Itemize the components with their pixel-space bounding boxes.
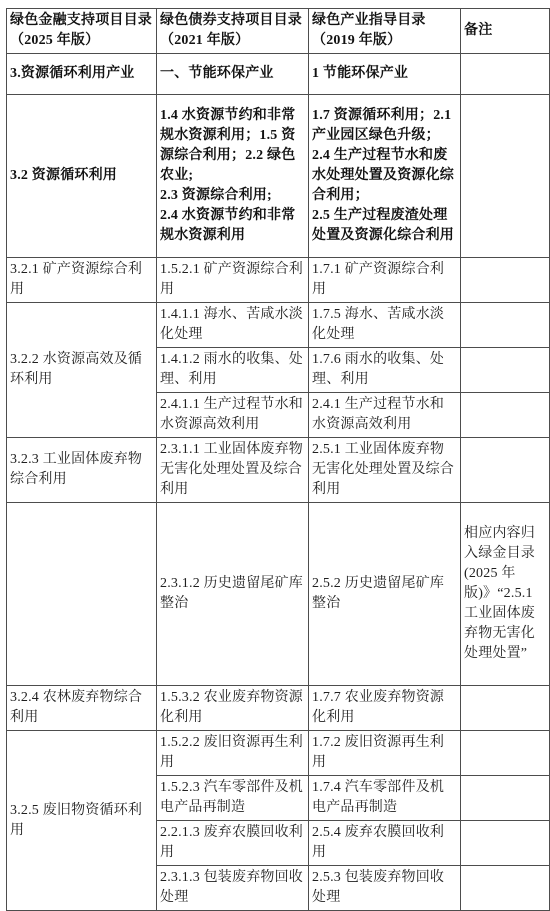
cell-3-2-2: 3.2.2 水资源高效及循环利用 <box>7 303 157 438</box>
cell-3-2-industry-list: 1.7 资源循环利用；2.1 产业园区绿色升级； 2.4 生产过程节水和废水处理… <box>309 95 461 258</box>
cell-remark-empty <box>461 821 550 866</box>
cell-2-4-1: 2.4.1 生产过程节水和水资源高效利用 <box>309 393 461 438</box>
header-green-industry-catalog: 绿色产业指导目录 （2019 年版） <box>309 9 461 54</box>
cell-2-3-1-1: 2.3.1.1 工业固体废弃物无害化处理处置及综合利用 <box>157 438 309 503</box>
cell-remark-empty <box>461 303 550 348</box>
cell-remark-empty <box>461 776 550 821</box>
cell-3-2: 3.2 资源循环利用 <box>7 95 157 258</box>
cell-3-2-1: 3.2.1 矿产资源综合利用 <box>7 258 157 303</box>
header-green-finance-catalog: 绿色金融支持项目目录 （2025 年版） <box>7 9 157 54</box>
header-row: 绿色金融支持项目目录 （2025 年版） 绿色债券支持项目目录 （2021 年版… <box>7 9 550 54</box>
cell-3-2-5: 3.2.5 废旧物资循环利用 <box>7 731 157 911</box>
cell-1-5-2-1: 1.5.2.1 矿产资源综合利用 <box>157 258 309 303</box>
cell-1-4-1-1: 1.4.1.1 海水、苦咸水淡化处理 <box>157 303 309 348</box>
cell-2-5-4: 2.5.4 废弃农膜回收利用 <box>309 821 461 866</box>
cell-remark-empty <box>461 866 550 911</box>
cell-1-7-2: 1.7.2 废旧资源再生利用 <box>309 731 461 776</box>
cell-remark-empty <box>461 258 550 303</box>
table-row: 3.2.4 农林废弃物综合利用 1.5.3.2 农业废弃物资源化利用 1.7.7… <box>7 686 550 731</box>
cell-empty-left <box>7 503 157 686</box>
table-row: 3.2.5 废旧物资循环利用 1.5.2.2 废旧资源再生利用 1.7.2 废旧… <box>7 731 550 776</box>
catalog-comparison-table: 绿色金融支持项目目录 （2025 年版） 绿色债券支持项目目录 （2021 年版… <box>6 8 550 911</box>
cell-1-4-1-2: 1.4.1.2 雨水的收集、处理、利用 <box>157 348 309 393</box>
cell-2-3-1-3: 2.3.1.3 包装废弃物回收处理 <box>157 866 309 911</box>
cell-remark-empty <box>461 54 550 95</box>
cell-2-3-1-2: 2.3.1.2 历史遗留尾矿库整治 <box>157 503 309 686</box>
cell-1-7-5: 1.7.5 海水、苦咸水淡化处理 <box>309 303 461 348</box>
cell-2-5-3: 2.5.3 包装废弃物回收处理 <box>309 866 461 911</box>
cell-3-2-3: 3.2.3 工业固体废弃物综合利用 <box>7 438 157 503</box>
cell-1-7-6: 1.7.6 雨水的收集、处理、利用 <box>309 348 461 393</box>
cell-industry-3: 3.资源循环利用产业 <box>7 54 157 95</box>
table-row: 3.资源循环利用产业 一、节能环保产业 1 节能环保产业 <box>7 54 550 95</box>
cell-1-7-7: 1.7.7 农业废弃物资源化利用 <box>309 686 461 731</box>
cell-remark-empty <box>461 731 550 776</box>
table-row: 3.2.2 水资源高效及循环利用 1.4.1.1 海水、苦咸水淡化处理 1.7.… <box>7 303 550 348</box>
cell-1-5-3-2: 1.5.3.2 农业废弃物资源化利用 <box>157 686 309 731</box>
table-row: 3.2.1 矿产资源综合利用 1.5.2.1 矿产资源综合利用 1.7.1 矿产… <box>7 258 550 303</box>
cell-industry-yi: 一、节能环保产业 <box>157 54 309 95</box>
table-row: 2.3.1.2 历史遗留尾矿库整治 2.5.2 历史遗留尾矿库整治 相应内容归入… <box>7 503 550 686</box>
cell-remark-empty <box>461 348 550 393</box>
cell-3-2-4: 3.2.4 农林废弃物综合利用 <box>7 686 157 731</box>
cell-3-2-bond-list: 1.4 水资源节约和非常规水资源利用；1.5 资源综合利用；2.2 绿色农业; … <box>157 95 309 258</box>
cell-industry-1: 1 节能环保产业 <box>309 54 461 95</box>
cell-remark-note: 相应内容归入绿金目录(2025 年版)》“2.5.1 工业固体废弃物无害化处理处… <box>461 503 550 686</box>
cell-remark-empty <box>461 438 550 503</box>
cell-2-5-1: 2.5.1 工业固体废弃物无害化处理处置及综合利用 <box>309 438 461 503</box>
table-row: 3.2.3 工业固体废弃物综合利用 2.3.1.1 工业固体废弃物无害化处理处置… <box>7 438 550 503</box>
cell-2-4-1-1: 2.4.1.1 生产过程节水和水资源高效利用 <box>157 393 309 438</box>
cell-remark-empty <box>461 95 550 258</box>
header-green-bond-catalog: 绿色债券支持项目目录 （2021 年版） <box>157 9 309 54</box>
header-remarks: 备注 <box>461 9 550 54</box>
cell-remark-empty <box>461 686 550 731</box>
cell-1-7-1: 1.7.1 矿产资源综合利用 <box>309 258 461 303</box>
cell-2-2-1-3: 2.2.1.3 废弃农膜回收利用 <box>157 821 309 866</box>
cell-1-5-2-2: 1.5.2.2 废旧资源再生利用 <box>157 731 309 776</box>
cell-1-7-4: 1.7.4 汽车零部件及机电产品再制造 <box>309 776 461 821</box>
cell-2-5-2: 2.5.2 历史遗留尾矿库整治 <box>309 503 461 686</box>
cell-1-5-2-3: 1.5.2.3 汽车零部件及机电产品再制造 <box>157 776 309 821</box>
cell-remark-empty <box>461 393 550 438</box>
table-row: 3.2 资源循环利用 1.4 水资源节约和非常规水资源利用；1.5 资源综合利用… <box>7 95 550 258</box>
